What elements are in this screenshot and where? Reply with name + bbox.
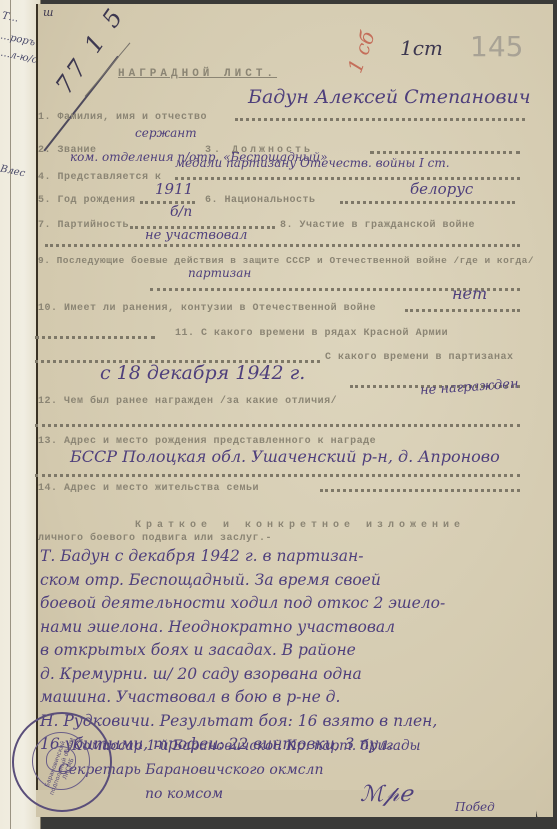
signature-name: Побед	[455, 800, 495, 814]
field-14-label: 14. Адрес и место жительства семьи	[38, 483, 259, 494]
section-subtitle: личного боевого подвига или заслуг.-	[38, 533, 272, 544]
field-11b-label: С какого времени в партизанах	[325, 352, 514, 363]
adjacent-page-edge: Т… …роръ …л-ю/сл Влес	[0, 0, 41, 829]
signature-commissar: Комиссар 1-й Барановичской Кр. парт. бри…	[72, 738, 421, 754]
signature-komsom: по комсом	[145, 786, 223, 802]
field-8-value: не участвовал	[145, 228, 247, 243]
margin-note: …роръ	[0, 30, 36, 48]
narrative-line: Т. Бадун с декабря 1942 г. в партизан-	[40, 545, 545, 569]
pencil-page-number: 145	[470, 30, 523, 63]
page-fold-line	[10, 0, 11, 829]
dotted-line	[35, 336, 155, 339]
narrative-line: Н. Рудковичи. Результат боя: 16 взято в …	[40, 710, 545, 734]
narrative-line: машина. Участвовал в бою в р-не д.	[40, 686, 545, 710]
dotted-line	[35, 424, 520, 427]
field-4-label: 4. Представляется к	[38, 172, 162, 183]
narrative-line: в открытых боях и засадах. В районе	[40, 639, 545, 663]
field-10-value: нет	[452, 284, 487, 303]
narrative-block: Т. Бадун с декабря 1942 г. в партизан- с…	[40, 545, 545, 757]
field-5-value: 1911	[155, 180, 193, 198]
narrative-line: нами эшелона. Неоднократно участвовал	[40, 616, 545, 640]
field-13-label: 13. Адрес и место рождения представленно…	[38, 436, 376, 447]
narrative-line: ском отр. Беспощадный. За время своей	[40, 569, 545, 593]
field-8-label: 8. Участие в гражданской войне	[280, 220, 475, 231]
dotted-line	[340, 201, 515, 204]
narrative-line: боевой деятельности ходил под откос 2 эш…	[40, 592, 545, 616]
field-11-label: 11. С какого времени в рядах Красной Арм…	[175, 328, 448, 339]
field-11b-value: с 18 декабря 1942 г.	[100, 362, 305, 384]
field-6-label: 6. Национальность	[205, 195, 316, 206]
official-stamp: Барановичский подпольный обком ЛКСМБ	[12, 712, 112, 812]
narrative-line: д. Кремурни. ш/ 20 саду взорвана одна	[40, 663, 545, 687]
dotted-line	[35, 474, 520, 477]
dotted-line	[45, 244, 520, 247]
field-2-value: сержант	[135, 126, 197, 140]
field-9-value: партизан	[188, 266, 251, 280]
field-6-value: белорус	[410, 180, 473, 198]
field-7-value: б/п	[170, 204, 192, 220]
margin-note: Т…	[1, 10, 20, 24]
field-7-label: 7. Партийность	[38, 220, 129, 231]
section-title: Краткое и конкретное изложение	[135, 520, 465, 531]
field-9-label: 9. Последующие боевые действия в защите …	[38, 255, 534, 266]
dotted-line	[405, 309, 520, 312]
field-12-label: 12. Чем был ранее награжден /за какие от…	[38, 396, 337, 407]
ink-number: 1ст	[400, 36, 443, 60]
form-title: НАГРАДНОЙ ЛИСТ.	[118, 68, 277, 80]
margin-note: Влес	[0, 163, 26, 179]
field-1-label: 1. Фамилия, имя и отчество	[38, 112, 207, 123]
dotted-line	[370, 151, 520, 154]
field-1-value: Бадун Алексей Степанович	[248, 86, 531, 108]
field-5-label: 5. Год рождения	[38, 195, 136, 206]
signature-scrawl: ℳ𝓅ℯ	[360, 782, 412, 807]
dotted-line	[235, 118, 525, 121]
field-4-value: медали партизану Отечеств. войны I ст.	[175, 156, 450, 170]
archive-mark: ш	[43, 6, 53, 19]
field-10-label: 10. Имеет ли ранения, контузии в Отечест…	[38, 303, 376, 314]
field-13-value: БССР Полоцкая обл. Ушаченский р-н, д. Ап…	[70, 447, 500, 466]
dotted-line	[320, 489, 520, 492]
